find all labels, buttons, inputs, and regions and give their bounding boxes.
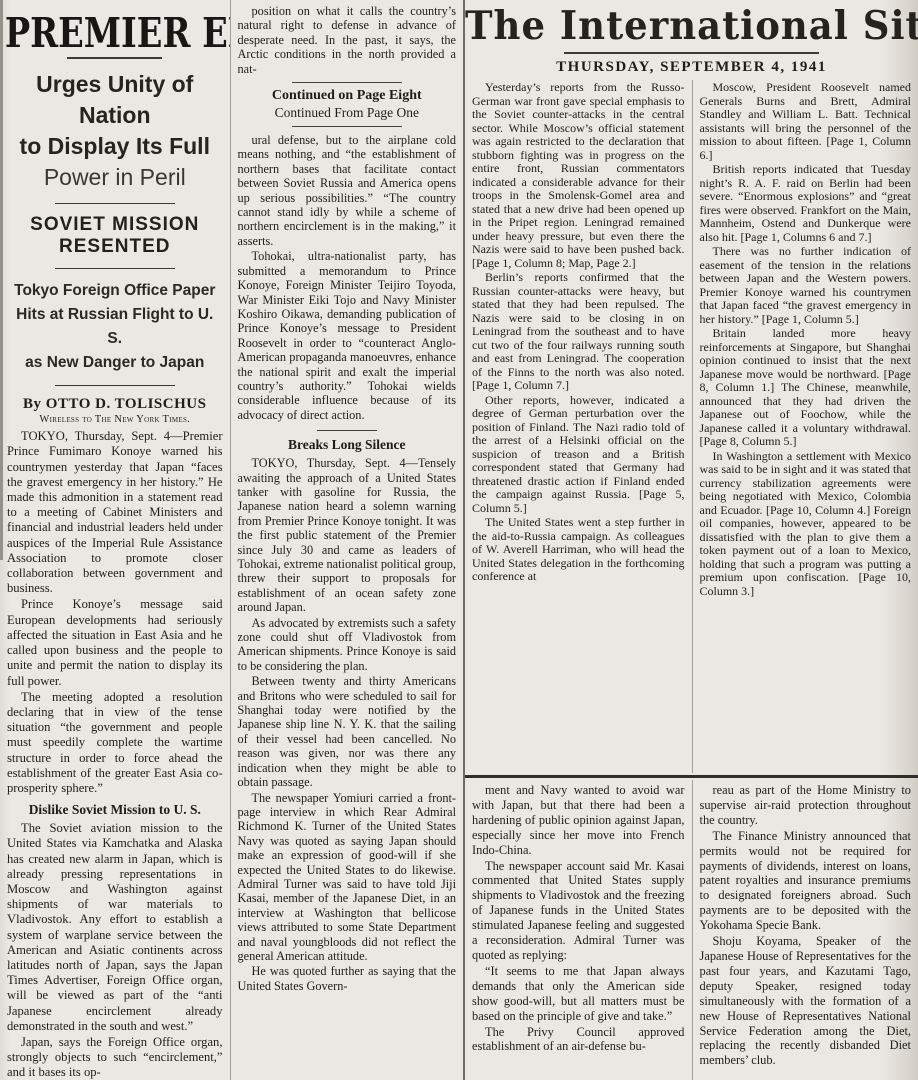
intl-column-right: Moscow, President Roosevelt named Genera… (692, 80, 918, 773)
continuation-bottom-columns: ment and Navy wanted to avoid war with J… (465, 780, 918, 1080)
paragraph: He was quoted further as saying that the… (238, 964, 457, 993)
continued-block: Continued on Page Eight Continued From P… (238, 82, 457, 127)
deck-line: Power in Peril (7, 162, 223, 193)
paragraph: Yesterday’s reports from the Russo-Germa… (472, 81, 684, 270)
bottom-column-left: ment and Navy wanted to avoid war with J… (465, 780, 691, 1080)
paragraph: Britain landed more heavy reinforcements… (700, 327, 911, 449)
divider (67, 57, 162, 59)
main-headline: PREMIER EMPHATIC (5, 8, 225, 57)
paragraph: In Washington a settlement with Mexico w… (700, 450, 911, 599)
paragraph: ural defense, but to the airplane cold m… (238, 133, 457, 248)
article-body: TOKYO, Thursday, Sept. 4—Premier Prince … (7, 429, 223, 1080)
bottom-column-right: reau as part of the Home Ministry to sup… (692, 780, 918, 1080)
paragraph: Shoju Koyama, Speaker of the Japanese Ho… (700, 934, 911, 1068)
section-break-rule (465, 775, 918, 778)
paragraph: ment and Navy wanted to avoid war with J… (472, 783, 684, 858)
divider (55, 203, 175, 204)
paragraph: The newspaper Yomiuri carried a front-pa… (238, 791, 457, 964)
intl-situation-headline: The International Situation (465, 2, 918, 48)
divider (292, 82, 402, 83)
deck-headline: Urges Unity of Nation to Display Its Ful… (7, 69, 223, 193)
paragraph: Prince Konoye’s message said European de… (7, 597, 223, 688)
paragraph: Tohokai, ultra-nationalist party, has su… (238, 249, 457, 422)
paragraph: The United States went a step further in… (472, 516, 684, 584)
paragraph: Other reports, however, indicated a degr… (472, 394, 684, 516)
sub-deck: Tokyo Foreign Office Paper Hits at Russi… (7, 279, 223, 375)
deck-line: Urges Unity of Nation (7, 69, 223, 131)
paragraph: The Finance Ministry announced that perm… (700, 829, 911, 933)
paragraph: The meeting adopted a resolution declari… (7, 690, 223, 796)
paragraph: position on what it calls the country’s … (238, 4, 457, 76)
crosshead-breaks-long-silence: Breaks Long Silence (238, 437, 457, 453)
paragraph: As advocated by extremists such a safety… (238, 616, 457, 674)
paragraph: The Privy Council approved establishment… (472, 1025, 684, 1055)
paragraph: Japan, says the Foreign Office organ, st… (7, 1035, 223, 1080)
kicker-soviet-mission: SOVIET MISSION RESENTED (7, 214, 223, 258)
paragraph: TOKYO, Thursday, Sept. 4—Tensely awaitin… (238, 456, 457, 614)
divider (292, 126, 402, 127)
article-body: position on what it calls the country’s … (238, 4, 457, 993)
paragraph: The Soviet aviation mission to the Unite… (7, 821, 223, 1034)
deck-line: to Display Its Full (7, 131, 223, 162)
paragraph: Moscow, President Roosevelt named Genera… (700, 81, 911, 162)
byline: By OTTO D. TOLISCHUS (7, 396, 223, 413)
continued-from-note: Continued From Page One (238, 105, 457, 121)
column-premier-emphatic: PREMIER EMPHATIC Urges Unity of Nation t… (0, 0, 230, 1080)
divider (55, 268, 175, 269)
divider (55, 385, 175, 386)
paragraph: reau as part of the Home Ministry to sup… (700, 783, 911, 828)
paragraph: The newspaper account said Mr. Kasai com… (472, 859, 684, 963)
newspaper-page: PREMIER EMPHATIC Urges Unity of Nation t… (0, 0, 918, 1080)
international-situation-section: The International Situation THURSDAY, SE… (463, 0, 918, 1080)
subdeck-line: as New Danger to Japan (7, 351, 223, 375)
paragraph: “It seems to me that Japan always demand… (472, 964, 684, 1024)
subdeck-line: Tokyo Foreign Office Paper (7, 279, 223, 303)
divider (317, 430, 377, 431)
crosshead-dislike-soviet-mission: Dislike Soviet Mission to U. S. (7, 802, 223, 818)
intl-column-left: Yesterday’s reports from the Russo-Germa… (465, 80, 691, 773)
paragraph: Between twenty and thirty Americans and … (238, 674, 457, 789)
subdeck-line: Hits at Russian Flight to U. S. (7, 303, 223, 351)
byline-credit: Wireless to The New York Times. (7, 414, 223, 425)
divider (564, 52, 819, 54)
intl-summary-columns: Yesterday’s reports from the Russo-Germa… (465, 80, 918, 773)
column-continuation: position on what it calls the country’s … (230, 0, 464, 1080)
paragraph: Berlin’s reports confirmed that the Russ… (472, 271, 684, 393)
paragraph: TOKYO, Thursday, Sept. 4—Premier Prince … (7, 429, 223, 596)
paragraph: There was no further indication of easem… (700, 245, 911, 326)
date-line: THURSDAY, SEPTEMBER 4, 1941 (465, 59, 918, 76)
paragraph: British reports indicated that Tuesday n… (700, 163, 911, 244)
continued-on-note: Continued on Page Eight (238, 88, 457, 104)
